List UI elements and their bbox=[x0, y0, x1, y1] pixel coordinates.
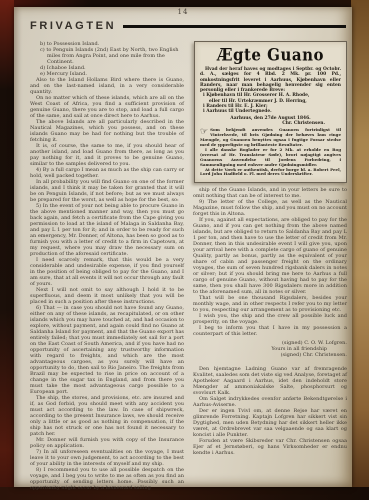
body-paragraph: 4) By a full cargo I mean as much as the… bbox=[30, 167, 184, 179]
advert-contact-line: i Aarhuus til Undertegnede. bbox=[200, 109, 341, 114]
advert-small-print: ☞Som bekjendt anvendes Guanoen fortrinli… bbox=[200, 128, 341, 148]
masthead-title: FRIVAGTEN bbox=[30, 20, 116, 32]
body-paragraph: It is, of course, the same to me, if you… bbox=[30, 143, 184, 167]
body-paragraph: Also to the Island Hollams Bird where th… bbox=[30, 77, 184, 95]
editorial-paragraph: Der er ingen Tvivl om, at denne Rejse ha… bbox=[193, 408, 347, 438]
body-paragraph: Next I will not omit to say although I h… bbox=[30, 287, 184, 305]
advert-intro: Hvad der heraf haves og modtages i Septb… bbox=[200, 67, 341, 93]
body-paragraph: Mr. Donner will furnish you with copy of… bbox=[30, 437, 184, 449]
advert-title: Ægte Guano bbox=[200, 45, 341, 65]
list-item: c) to Penguin Islands (2nd) East by Nort… bbox=[32, 47, 184, 65]
body-paragraph: 9) The letter of the College, as well as… bbox=[193, 199, 347, 217]
page-header: FRIVAGTEN bbox=[30, 20, 346, 32]
advert-small-print: At dette Værk er authentisk, derfor borg… bbox=[200, 168, 341, 178]
photo-edge-right bbox=[351, 0, 369, 500]
advert-small-print-text: Som bekjendt anvendes Guanoen fortrinlig… bbox=[200, 127, 341, 147]
body-paragraph: In all probability you will find Guano o… bbox=[30, 179, 184, 203]
magazine-page: 14 FRIVAGTEN b) to Possession Island. c)… bbox=[14, 7, 352, 487]
left-column: b) to Possession Island. c) to Penguin I… bbox=[30, 41, 184, 477]
signature-block: (signed) C. O. W. Lofgren. Yours in all … bbox=[193, 340, 347, 358]
body-paragraph: On no matter which of these islands, whi… bbox=[30, 95, 184, 119]
body-paragraph: I wish you, the ship and the crew all po… bbox=[193, 313, 347, 325]
advert-signature: Chr. Christensen. bbox=[200, 121, 341, 126]
body-paragraph: I beg to inform you that I have in my po… bbox=[193, 325, 347, 337]
body-paragraph: If you, against all expectations, are ob… bbox=[193, 217, 347, 295]
photo-edge-left bbox=[0, 0, 14, 500]
body-paragraph: That will be one thousand Rigsdalers, be… bbox=[193, 295, 347, 313]
body-paragraph: ship of the Guano Islands, and in your l… bbox=[193, 187, 347, 199]
right-column: Ægte Guano Hvad der heraf haves og modta… bbox=[193, 41, 347, 477]
body-paragraph: I need scarcely remark, that this would … bbox=[30, 257, 184, 287]
text-columns: b) to Possession Island. c) to Penguin I… bbox=[30, 41, 347, 477]
editorial-paragraph: Den hjemtagne Ladning Guano var af fremr… bbox=[193, 366, 347, 396]
guano-advert-clipping: Ægte Guano Hvad der heraf haves og modta… bbox=[194, 41, 347, 183]
advert-small-print: I alle danske Boglader er for 2 Mk. at e… bbox=[200, 148, 341, 168]
editorial-paragraph: Om Salget indrykkedes ovenfor anførte Be… bbox=[193, 396, 347, 408]
body-paragraph: 5) In the event of your not being able t… bbox=[30, 203, 184, 257]
editorial-paragraph: Foruden at være Skibsreder var Chr. Chri… bbox=[193, 438, 347, 456]
header-rule bbox=[123, 25, 346, 28]
body-paragraph: The ship, the stores, and provisions, et… bbox=[30, 395, 184, 437]
body-paragraph: The above Islands are all particularly d… bbox=[30, 119, 184, 143]
body-paragraph: 8) I recommend you to use all possible d… bbox=[30, 467, 184, 491]
body-paragraph: 6) That — in case you should not have fo… bbox=[30, 305, 184, 395]
signature-line: (signed) Chr. Christensen. bbox=[193, 352, 347, 358]
manicule-icon: ☞ bbox=[200, 128, 208, 136]
page-number: 14 bbox=[14, 8, 352, 16]
body-paragraph: 7) In all unforeseen eventualities on th… bbox=[30, 449, 184, 467]
